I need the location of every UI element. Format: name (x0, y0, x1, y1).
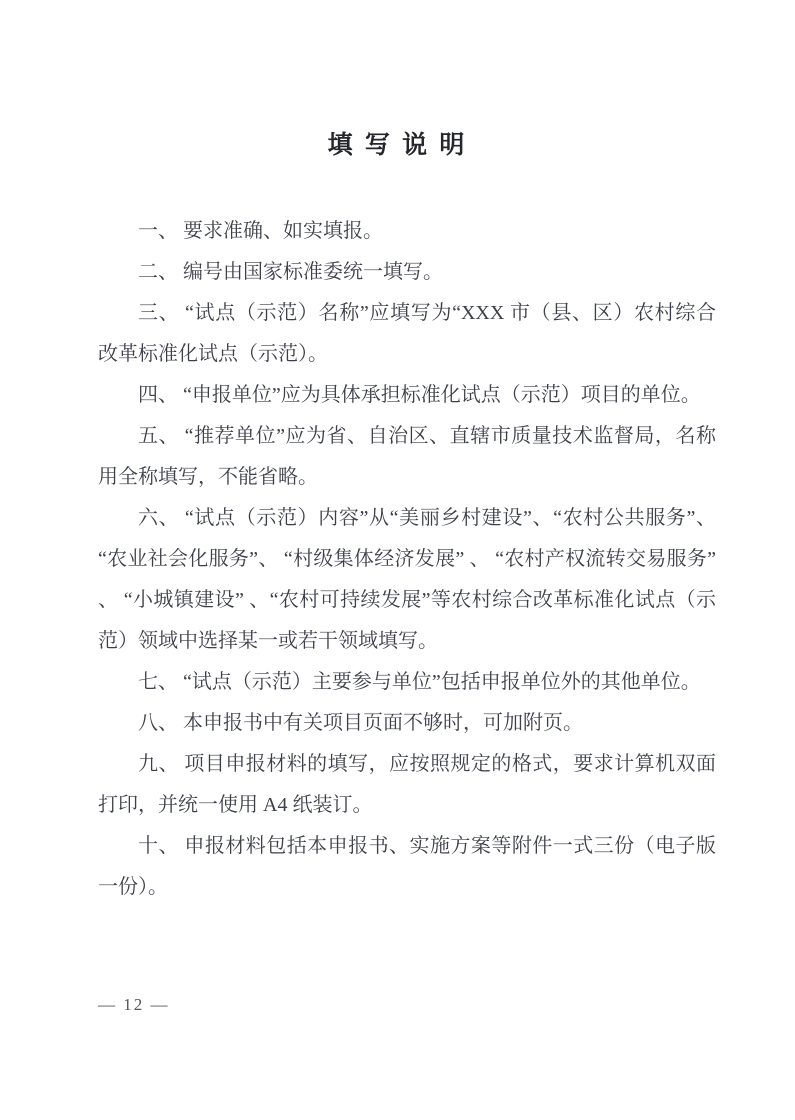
instruction-item-4: 四、 “申报单位”应为具体承担标准化试点（示范）项目的单位。 (98, 375, 716, 416)
document-page: 填 写 说 明 一、 要求准确、如实填报。 二、 编号由国家标准委统一填写。 三… (0, 0, 795, 1120)
instructions-list: 一、 要求准确、如实填报。 二、 编号由国家标准委统一填写。 三、 “试点（示范… (98, 211, 716, 908)
page-number: — 12 — (98, 995, 170, 1015)
instruction-item-6: 六、 “试点（示范）内容”从“美丽乡村建设”、“农村公共服务”、“农业社会化服务… (98, 498, 716, 662)
instruction-item-3: 三、 “试点（示范）名称”应填写为“XXX 市（县、区）农村综合改革标准化试点（… (98, 293, 716, 375)
instruction-item-7: 七、 “试点（示范）主要参与单位”包括申报单位外的其他单位。 (98, 662, 716, 703)
instruction-item-9: 九、 项目申报材料的填写，应按照规定的格式，要求计算机双面打印，并统一使用 A4… (98, 744, 716, 826)
instruction-item-8: 八、 本申报书中有关项目页面不够时，可加附页。 (98, 703, 716, 744)
page-title: 填 写 说 明 (0, 132, 795, 160)
instruction-item-10: 十、 申报材料包括本申报书、实施方案等附件一式三份（电子版一份）。 (98, 826, 716, 908)
instruction-item-5: 五、 “推荐单位”应为省、自治区、直辖市质量技术监督局，名称用全称填写，不能省略… (98, 416, 716, 498)
instruction-item-2: 二、 编号由国家标准委统一填写。 (98, 252, 716, 293)
instruction-item-1: 一、 要求准确、如实填报。 (98, 211, 716, 252)
